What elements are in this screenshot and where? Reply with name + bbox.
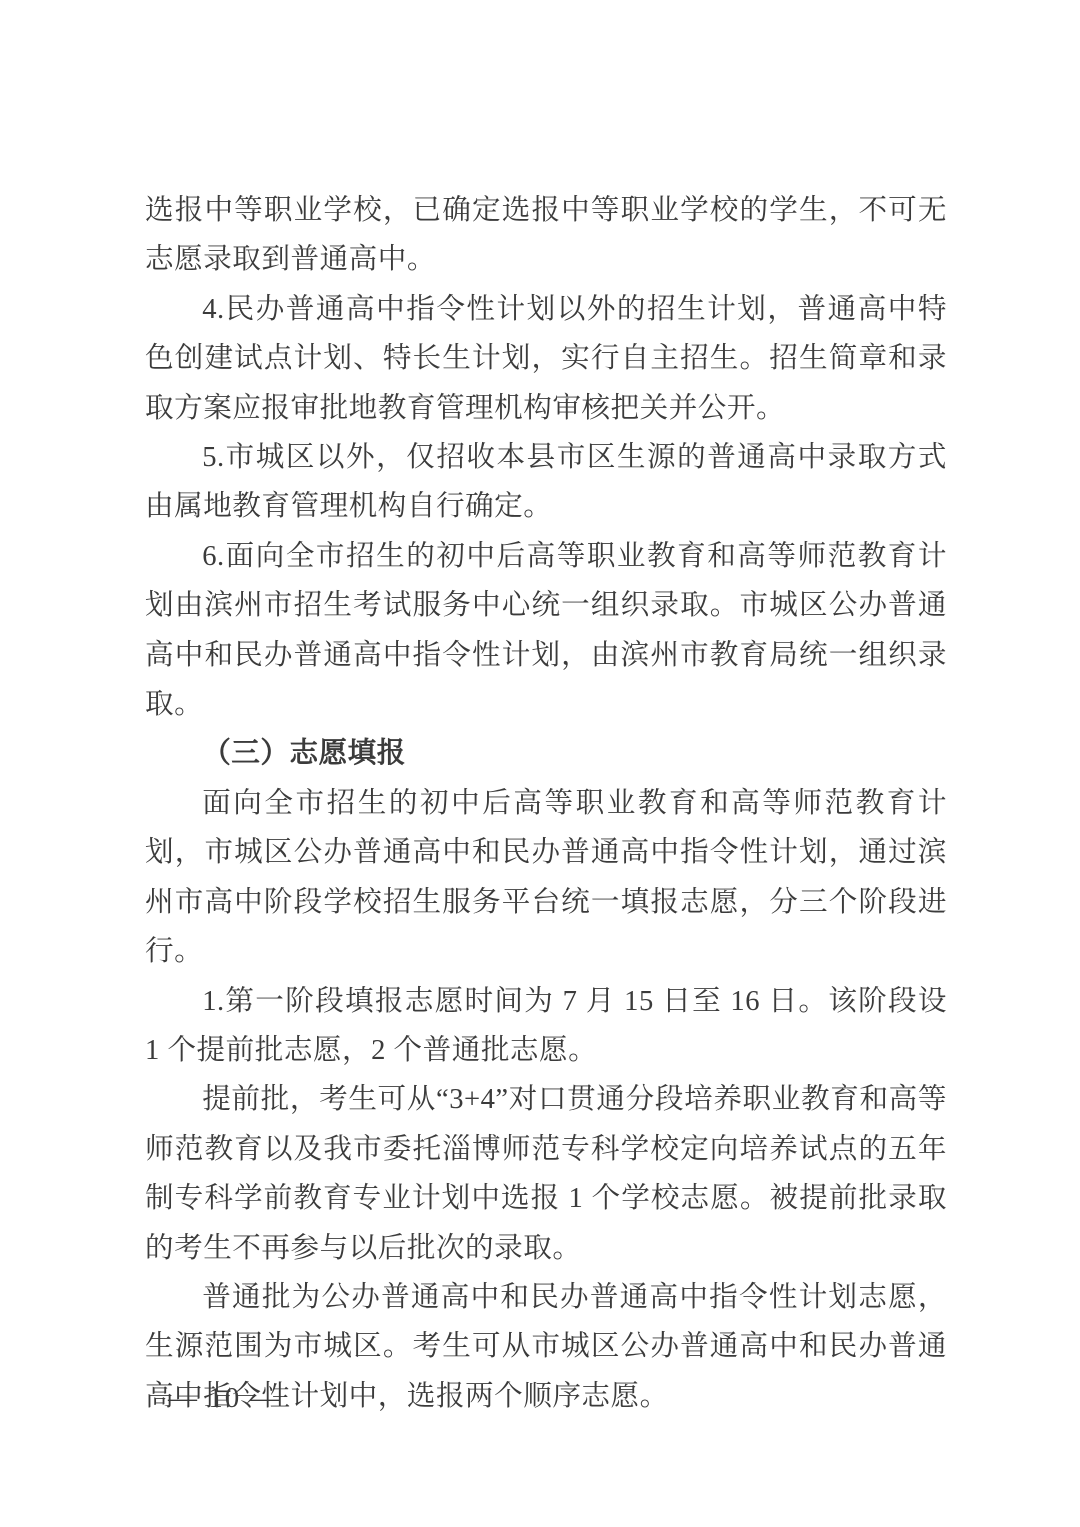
paragraph-item-6: 6.面向全市招生的初中后高等职业教育和高等师范教育计划由滨州市招生考试服务中心统… <box>145 532 947 730</box>
document-page: 选报中等职业学校，已确定选报中等职业学校的学生，不可无志愿录取到普通高中。 4.… <box>0 0 1080 1527</box>
section-heading-volunteer-filing: （三）志愿填报 <box>145 729 947 778</box>
page-number: — 10 — <box>168 1378 282 1418</box>
paragraph-continuation: 选报中等职业学校，已确定选报中等职业学校的学生，不可无志愿录取到普通高中。 <box>145 186 947 285</box>
paragraph-stage-1: 1.第一阶段填报志愿时间为 7 月 15 日至 16 日。该阶段设 1 个提前批… <box>145 977 947 1076</box>
paragraph-item-5: 5.市城区以外，仅招收本县市区生源的普通高中录取方式由属地教育管理机构自行确定。 <box>145 433 947 532</box>
paragraph-advance-batch: 提前批，考生可从“3+4”对口贯通分段培养职业教育和高等师范教育以及我市委托淄博… <box>145 1075 947 1273</box>
paragraph-volunteer-overview: 面向全市招生的初中后高等职业教育和高等师范教育计划，市城区公办普通高中和民办普通… <box>145 779 947 977</box>
paragraph-item-4: 4.民办普通高中指令性计划以外的招生计划，普通高中特色创建试点计划、特长生计划，… <box>145 285 947 433</box>
document-body: 选报中等职业学校，已确定选报中等职业学校的学生，不可无志愿录取到普通高中。 4.… <box>145 186 947 1421</box>
